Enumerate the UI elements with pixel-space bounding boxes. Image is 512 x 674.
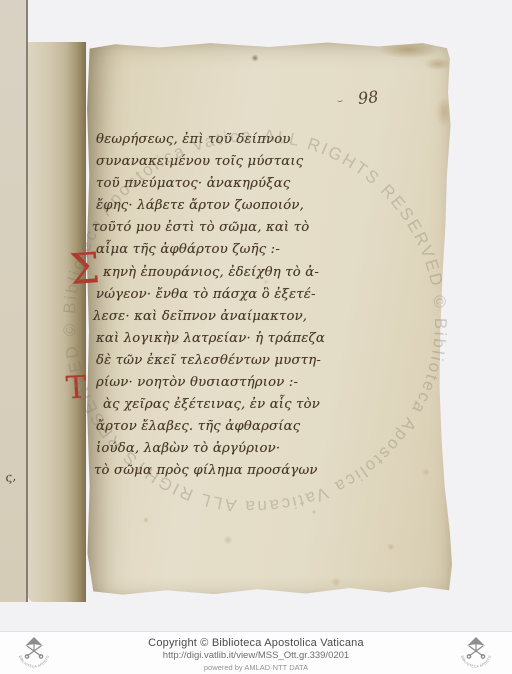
manuscript-line: νώγεον· ἔνθα τὸ πάσχα ὃ ἐξετέ- [96,287,356,309]
manuscript-line: λεσε· καὶ δεῖπνον ἀναίμακτον, [93,309,356,331]
rubricated-initial-sigma: Σ [68,243,101,294]
folio-number: 98 [357,87,379,108]
footer-bar: BIBLIOTECA APOSTOLICA VATICANA Copyright… [0,632,512,674]
manuscript-scan-viewer: 98 θεωρήσεως, ἐπὶ τοῦ δείπνου συνανακειμ… [0,0,512,674]
book-gutter-crease [28,42,86,602]
manuscript-line: αἷμα τῆς ἀφθάρτου ζωῆς :- [96,242,356,264]
manuscript-page: 98 θεωρήσεως, ἐπὶ τοῦ δείπνου συνανακειμ… [86,42,452,598]
manuscript-line: τοῦ πνεύματος· ἀνακηρύξας [96,176,356,198]
manuscript-line: ἰούδα, λαβὼν τὸ ἀργύριον· [96,441,356,463]
footer-text: Copyright © Biblioteca Apostolica Vatica… [60,637,452,672]
vatican-library-seal-left: BIBLIOTECA APOSTOLICA VATICANA [14,635,54,671]
manuscript-line: συνανακειμένου τοῖς μύσταις [96,154,356,176]
greek-text-block: θεωρήσεως, ἐπὶ τοῦ δείπνου συνανακειμένο… [96,132,356,486]
manuscript-line: τὸ σῶμα πρὸς φίλημα προσάγων [94,463,356,485]
manuscript-line: ρίων· νοητὸν θυσιαστήριον :- [96,375,356,397]
manuscript-line: ἔφης· λάβετε ἄρτον ζωοποιόν, [96,198,356,220]
manuscript-line: ὰς χεῖρας ἐξέτεινας, ἐν αἷς τὸν [103,397,356,419]
manuscript-line: τοῦτό μου ἐστὶ τὸ σῶμα, καὶ τὸ [92,220,356,242]
source-url: http://digi.vatlib.it/view/MSS_Ott.gr.33… [60,650,452,661]
manuscript-line: καὶ λογικὴν λατρείαν· ἡ τράπεζα [96,331,356,353]
manuscript-line: ἄρτον ἔλαβες. τῆς ἀφθαρσίας [96,419,356,441]
manuscript-line: θεωρήσεως, ἐπὶ τοῦ δείπνου [96,132,356,154]
powered-by-line: powered by AMLAD·NTT DATA [60,663,452,672]
book-gutter-previous-page-edge [0,0,28,602]
rubricated-initial-tau: Τ [65,369,88,406]
copyright-line: Copyright © Biblioteca Apostolica Vatica… [60,637,452,649]
pen-trial-mark [337,97,343,103]
vatican-library-seal-right: BIBLIOTECA APOSTOLICA VATICANA [456,635,496,671]
manuscript-line: κηνὴ ἐπουράνιος, ἐδείχθη τὸ ἀ- [103,265,356,287]
manuscript-line: δὲ τῶν ἐκεῖ τελεσθέντων μυστη- [96,353,356,375]
